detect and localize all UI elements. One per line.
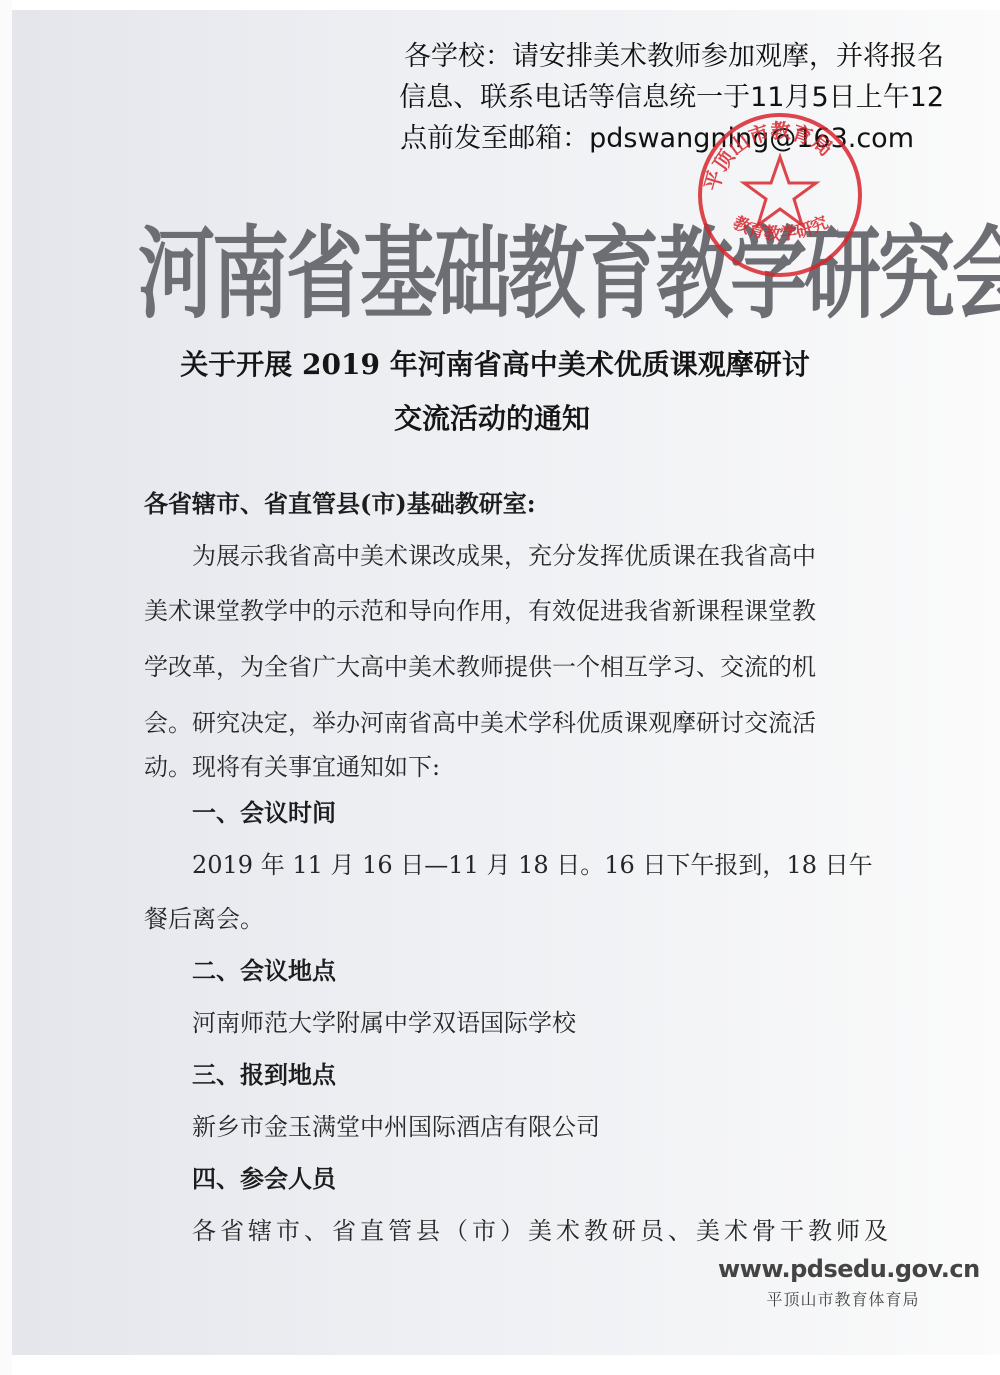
salutation: 各省辖市、省直管县(市)基础教研室:	[144, 489, 874, 519]
intro-line: 学改革，为全省广大高中美术教师提供一个相互学习、交流的机	[144, 652, 874, 682]
intro-line: 会。研究决定，举办河南省高中美术学科优质课观摩研讨交流活	[144, 708, 874, 738]
section-checkin-text: 新乡市金玉满堂中州国际酒店有限公司	[144, 1112, 922, 1142]
section-heading-attendees: 四、参会人员	[144, 1164, 922, 1194]
page-margin	[0, 0, 12, 1375]
website-watermark: www.pdsedu.gov.cn 平顶山市教育体育局	[718, 1255, 968, 1310]
section-heading-time: 一、会议时间	[144, 798, 922, 828]
official-seal-icon: 平顶山市教育局 教育教学研究室	[690, 105, 870, 285]
section-venue-text: 河南师范大学附属中学双语国际学校	[144, 1008, 922, 1038]
notice-title-line1: 关于开展 2019 年河南省高中美术优质课观摩研讨	[0, 343, 995, 383]
website-url: www.pdsedu.gov.cn	[718, 1255, 968, 1283]
intro-line: 动。现将有关事宜通知如下:	[144, 752, 874, 782]
section-heading-venue: 二、会议地点	[144, 956, 922, 986]
website-org: 平顶山市教育体育局	[718, 1287, 968, 1310]
letterhead-org-name: 河南省基础教育教学研究会	[138, 194, 1000, 338]
note-line: 各学校：请安排美术教师参加观摩，并将报名	[344, 36, 944, 77]
section-time-text: 2019 年 11 月 16 日—11 月 18 日。16 日下午报到，18 日…	[144, 850, 922, 880]
notice-title-line2: 交流活动的通知	[0, 397, 992, 437]
section-attendees-text: 各省辖市、省直管县（市）美术教研员、美术骨干教师及	[144, 1216, 922, 1246]
section-heading-checkin: 三、报到地点	[144, 1060, 922, 1090]
section-time-text: 餐后离会。	[144, 904, 874, 934]
intro-line: 美术课堂教学中的示范和导向作用，有效促进我省新课程课堂教	[144, 596, 874, 626]
intro-line: 为展示我省高中美术课改成果，充分发挥优质课在我省高中	[144, 541, 922, 571]
